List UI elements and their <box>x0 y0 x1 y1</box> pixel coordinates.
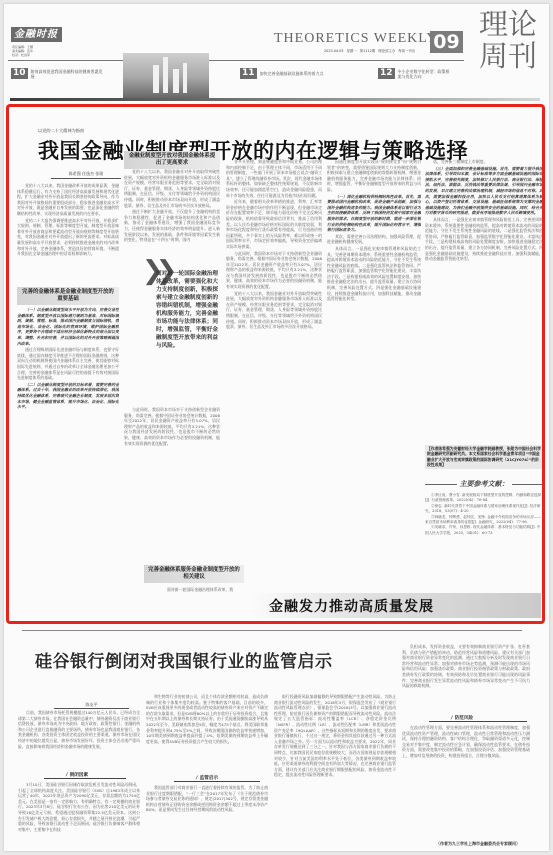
rule <box>425 484 457 485</box>
subhead-2: 金融业制度型开放对我国金融体系提出了更高要求 <box>124 151 220 169</box>
paragraph: 近年来，随着相关改革举措的推进，利率、汇率等资金价格在金融市场中的作用不断显现，… <box>226 199 322 249</box>
article-authors: 陈希强 任逸杰 张勋 <box>51 171 121 179</box>
reference-item: ③林晓龙，钟辉勇，赵仲匡，宋铮. 金融中介机构竞争的市场反应——来自贷款市场利率… <box>425 515 543 526</box>
subhead-3: 完善金融体系服务金融业制度型开放的相关建议 <box>144 565 244 583</box>
paragraph: 3月10日，美国硅谷银行因储存取款危机引发流动性风险而倒闭，引起了全球机构高度关… <box>18 782 140 832</box>
paragraph: 和生物等行业的初创公司，而且个体存款金额相对较高，造成负债端的行业和个体集中度均… <box>146 694 268 744</box>
teaser-number: 10 <box>11 68 28 79</box>
teaser-page-12[interactable]: 12 中小企业数字化转型：政策框架与优化方向 <box>378 68 453 79</box>
reference-item: ①李巨成，曹小雪. 新发展格局下制度型开放的逻辑、内涵和路径选择[J]. 行政管… <box>425 493 543 504</box>
paragraph: 目前，我国债券市场托管规模超过140万亿元人民币，已经成为全球第二大债券市场。在… <box>18 710 140 749</box>
article2-column-4-top: 负担成本，发挥资金收益，又要有效抑制商业银行资产扩张、杠杆套利、负债与资产错配的… <box>402 644 530 714</box>
teaser-text: 中小企业数字化转型：政策框架与优化方向 <box>398 69 453 79</box>
dateline: 2023.04.03 星期一 第1112期 理论部主办 每周一刊出 <box>324 48 415 53</box>
paragraph: 党的十八大以来，我国金融改革开放的成果显著，金融体系稳健运行，有力支持了国民经济… <box>17 183 119 217</box>
article2-column-3: 银行投融资风险加剧偏移的导致期限错配产生流动性风险。为防止商业银行流动性风险的发… <box>274 694 396 848</box>
references-list: ①李巨成，曹小雪. 新发展格局下制度型开放的逻辑、内涵和路径选择[J]. 行政管… <box>425 493 543 536</box>
article2-column-1-intro: 目前，我国债券市场托管规模超过140万亿元人民币，已经成为全球第二大债券市场。在… <box>18 710 140 770</box>
article-kicker: 以党的二十大精神为指南 <box>38 128 84 134</box>
newspaper-page: 金融时报 责任编辑：王娜 美术编辑：张华 校对：杜进军 THEORETICS W… <box>4 4 549 851</box>
paragraph: 党的十八大以来，我国金融业对外开放取得突破性进展，大幅放宽对外资机构金融服务市场… <box>226 291 322 330</box>
weekly-title: THEORETICS WEEKLY <box>274 31 438 47</box>
teaser-number: 11 <box>240 68 257 79</box>
slash-icon: / <box>196 776 198 781</box>
masthead-rule <box>209 60 464 61</box>
paragraph: 具体而言，一是强化宏观审慎管理和风险防范工具，完善逆周期资本缓冲、系统重要性金融… <box>425 217 543 262</box>
paragraph: 通过不断扩大金融开放，不仅提升了金融机构的竞争力和稳健性，促进了金融市场的结构优… <box>124 209 220 243</box>
teaser-text: 如何高效促进我国金融科技的健康普惠发展 <box>31 69 106 79</box>
section-heading-causes: /倒闭因素 <box>44 772 126 779</box>
paragraph: （二）以金融业制度型开放的目标来看，需要完善的金融体系。过去十年，我国金融业的改… <box>17 382 119 410</box>
section-banner: 金融发力推动高质量发展 <box>251 593 541 618</box>
paragraph: 在流动性管理方面，要完善流动性管理体系和流动性管理制度，加强优质流动性资产管理，… <box>402 725 530 759</box>
article-author-2: 陈友平 <box>54 702 129 709</box>
masthead: 金融时报 责任编辑：王娜 美术编辑：张华 校对：杜进军 THEORETICS W… <box>4 4 549 106</box>
paragraph: 通过合理吸纳国际先进金融市场与制度体系，也要守好底线，通过国内制度引导推进不合理… <box>17 347 119 381</box>
paragraph: （一）以金融业制度型高水平开放为方向，完善交易性金融体系。制度型开放以国际通行规… <box>17 307 119 346</box>
paragraph: 具体而言，一是强化宏观审慎管理和风险防范工具，完善逆周期资本缓冲、系统重要性金融… <box>327 246 421 302</box>
reference-item: ②徐忠. 新时代背景下中国金融体系与国家治理体系现代化[J]. 经济研究，201… <box>425 504 543 515</box>
slash-icon: / <box>451 716 453 721</box>
pull-quote-text: 面对新一轮国际金融治理体系改革，需要强化和大力支持制度创新，积极探索与建立金融制… <box>156 270 218 350</box>
paragraph: 与此同时，我国资本市场对于支持创新型企业融资服务，尚需完善。根据中国证券业协会统… <box>226 251 322 290</box>
references-title: 主要参考文献： <box>460 479 509 489</box>
article2-column-4-body: 在流动性管理方面，要完善流动性管理体系和流动性管理制度，加强优质流动性资产管理，… <box>402 725 530 839</box>
masthead-bar <box>10 98 540 101</box>
masthead-rule <box>8 60 123 61</box>
paragraph: 党的二十大报告强调要推进高水平对外开放，并稳步扩大规则、规制、管理、标准等制度型… <box>17 218 119 257</box>
article-column-5: 诺，完善新三板制度上市制度。 （三）全面加强和完善金融基础设施。首先，需要着力提… <box>425 159 543 441</box>
section-name: 理论周刊 <box>471 8 545 72</box>
section-heading-regulation: /监管启示 <box>174 775 260 782</box>
article-column-tail: 面对新一轮国际金融治理体系改革，我 <box>159 587 245 595</box>
article-column-4: 因通过制度型开放实现从“规则接受者”向“规则引领者”的转变，需要借鉴国际规则大力… <box>327 159 421 561</box>
paragraph: 银行投融资风险加剧偏移的导致期限错配产生流动性风险。为防止商业银行流动性风险的发… <box>274 694 396 778</box>
article-column-1-body: （一）以金融业制度型高水平开放为方向，完善交易性金融体系。制度型开放以国际通行规… <box>17 307 119 617</box>
page-number-badge: 09 <box>430 31 463 53</box>
article-column-2-lower: 与此同时，我国资本市场对于支持创新型企业融资服务，尚需完善。根据中国证券业协会统… <box>124 407 220 537</box>
article2-column-1-body: 3月10日，美国硅谷银行因储存取款危机引发流动性风险而倒闭，引起了全球机构高度关… <box>18 782 140 848</box>
article-column-3: 各多头管理，刻意规避监管和中间业务，公司治理和内部控制不足，由于管理主体不同，市… <box>226 159 322 569</box>
teaser-page-11[interactable]: 11 加快完善金融基础设施体系的着力点 <box>240 68 370 79</box>
slash-icon: / <box>66 773 68 778</box>
section-heading-risk: /防范风险 <box>429 715 527 722</box>
article-column-1-intro: 党的十八大以来，我国金融改革开放的成果显著，金融体系稳健运行，有力支持了国民经济… <box>17 183 119 285</box>
paragraph: 其次，需要完善公司治理结构，加强风险管理，促进金融机构健康发展。 <box>327 234 421 245</box>
article-headline-2[interactable]: 硅谷银行倒闭对我国银行业的监管启示 <box>35 647 333 672</box>
newspaper-logo[interactable]: 金融时报 <box>11 27 62 42</box>
reference-item: ④吴晓求，许荣，孙思栋. 现代金融体系：基本特征与功能结构[J]. 中国人民大学… <box>425 525 543 536</box>
highlighted-article[interactable]: 以党的二十大精神为指南 我国金融业制度型开放的内在逻辑与策略选择 陈希强 任逸杰… <box>6 104 545 624</box>
author-byline: （作者为九三学社上海市金融委员会专家顾问） <box>436 841 520 847</box>
article-column-2: 党的十八大以来，我国金融业对外开放取得突破性进展，大幅放宽对外资机构金融服务市场… <box>124 169 220 257</box>
paragraph: 各多头管理，刻意规避监管和中间业务，公司治理和内部控制不足，由于管理主体不同，市… <box>226 159 322 198</box>
paragraph: 诺，完善新三板制度上市制度。 <box>425 159 543 165</box>
paragraph: 因通过制度型开放实现从“规则接受者”向“规则引领者”的转变，需要借鉴国际规则大力… <box>327 159 421 193</box>
paragraph: 我国监管部门对商业银行一直进行着持续有效的监管。为了防止商业银行过度期限错配，“… <box>146 785 268 813</box>
paragraph: （三）全面加强和完善金融基础设施。首先，需要着力提升我国法律体系，引导回归本源，… <box>425 166 543 216</box>
editor-line: 校对：杜进军 <box>12 53 33 57</box>
divider <box>22 630 522 631</box>
paragraph: 负担成本，发挥资金收益，又要有效抑制商业银行资产扩张、杠杆套利、负债与资产错配的… <box>402 644 530 689</box>
references-heading: 主要参考文献： <box>425 479 543 489</box>
article2-column-2: 和生物等行业的初创公司，而且个体存款金额相对较高，造成负债端的行业和个体集中度均… <box>146 694 268 772</box>
banner-text: 金融发力推动高质量发展 <box>269 596 434 616</box>
author-bio: 【作者陈希强为安徽财经大学金融学院副教授，张勋为中国社会科学院金融研究所副研究员… <box>425 445 543 469</box>
paragraph: 面对新一轮国际金融治理体系改革，我 <box>159 587 245 593</box>
rule <box>512 484 544 485</box>
subhead-1: 完善的金融体系是金融业制度型开放的重要基础 <box>17 287 119 305</box>
article2-column-2-body: 我国监管部门对商业银行一直进行着持续有效的监管。为了防止商业银行过度期限错配，“… <box>146 785 268 848</box>
teaser-number: 12 <box>378 68 395 79</box>
teaser-text: 加快完善金融基础设施体系的着力点 <box>260 71 370 76</box>
editor-credits: 责任编辑：王娜 美术编辑：张华 校对：杜进军 <box>12 45 33 57</box>
city-skyline-image <box>123 53 209 101</box>
paragraph: 党的十八大以来，我国金融业对外开放取得突破性进展，大幅放宽对外资机构金融服务市场… <box>124 169 220 208</box>
teaser-page-10[interactable]: 10 如何高效促进我国金融科技的健康普惠发展 <box>11 68 106 79</box>
paragraph: 与此同时，我国资本市场对于支持创新型企业融资服务，尚需完善。根据中国证券业协会统… <box>124 407 220 446</box>
paragraph: （一）深化金融机构供给侧结构性改革。首先，需要推动国内金融机构改革，促进金融产品… <box>327 194 421 233</box>
